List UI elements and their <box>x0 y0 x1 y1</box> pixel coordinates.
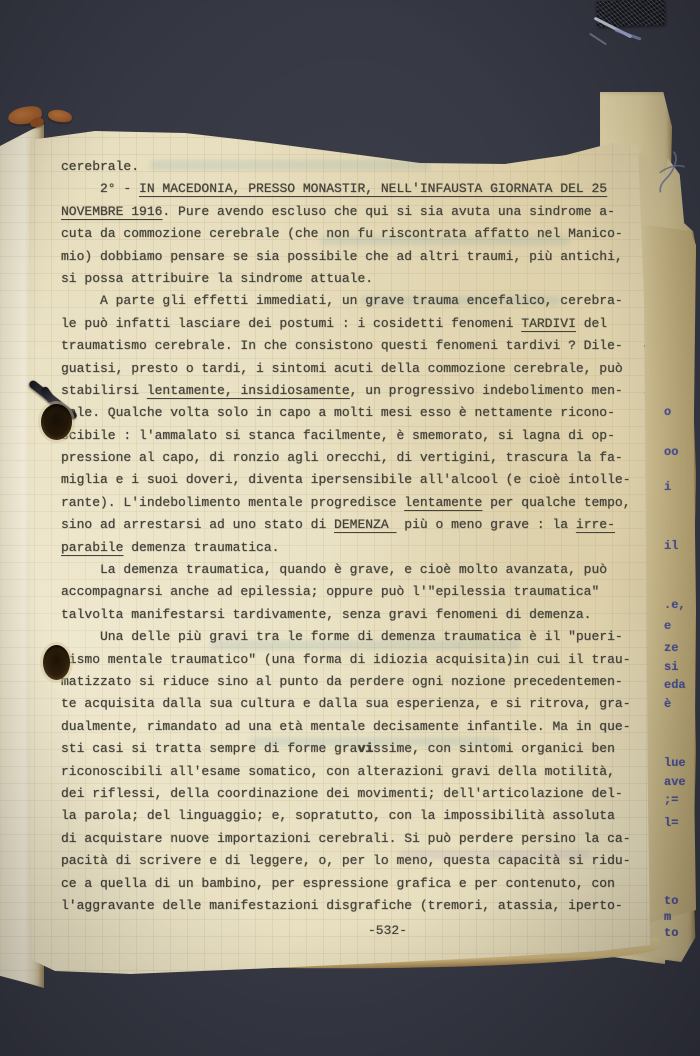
text-line: sti casi si tratta sempre di forme gravi… <box>61 738 661 760</box>
edge-fragment: l= <box>664 817 678 829</box>
text-line: miglia e i suoi doveri, diventa ipersens… <box>61 469 661 491</box>
text-line: di acquistare nuove importazioni cerebra… <box>61 828 661 850</box>
text-line: la parola; del linguaggio; e, sopratutto… <box>61 805 661 827</box>
sticker-glint <box>589 33 607 46</box>
text-line: riconoscibili all'esame somatico, con al… <box>61 761 661 783</box>
edge-fragment: i <box>664 481 671 493</box>
text-line: cuta da commozione cerebrale (che non fu… <box>61 223 661 245</box>
text-line: matizzato si riduce sino al punto da per… <box>61 671 661 693</box>
typed-text: cerebrale. 2° - IN MACEDONIA, PRESSO MON… <box>61 156 661 917</box>
text-line: talvolta manifestarsi tardivamente, senz… <box>61 604 661 626</box>
text-line: accompagnarsi anche ad epilessia; oppure… <box>61 581 661 603</box>
edge-fragment: oo <box>664 446 678 458</box>
page-number: -532- <box>368 920 407 942</box>
edge-fragment: e <box>664 620 671 632</box>
edge-fragment: ave <box>664 776 686 788</box>
text-line: te acquisita dalla sua cultura e dalla s… <box>61 693 661 715</box>
photo-backdrop: oooiil.e,ezesiedaèlueave;=l=tomto cerebr… <box>0 0 700 1056</box>
edge-fragment: ze <box>664 642 678 654</box>
text-line: NOVEMBRE 1916. Pure avendo escluso che q… <box>61 201 661 223</box>
edge-fragment: lue <box>664 757 686 769</box>
edge-fragment: .e, <box>664 599 686 611</box>
text-line: tale. Qualche volta solo in capo a molti… <box>61 402 661 424</box>
text-line: Una delle più gravi tra le forme di deme… <box>61 626 661 648</box>
text-line: ce a quella di un bambino, per espressio… <box>61 873 661 895</box>
edge-fragment: eda <box>664 679 686 691</box>
edge-fragment: m <box>664 911 671 923</box>
text-line: traumatismo cerebrale. In che consistono… <box>61 335 661 357</box>
edge-fragment: to <box>664 895 678 907</box>
text-line: A parte gli effetti immediati, un grave … <box>61 290 661 312</box>
sticker-glint <box>614 28 641 40</box>
text-line: parabile demenza traumatica. <box>61 537 661 559</box>
text-line: sino ad arrestarsi ad uno stato di DEMEN… <box>61 514 661 536</box>
text-line: pressione al capo, di ronzio agli orecch… <box>61 447 661 469</box>
text-line: guatisi, presto o tardi, i sintomi acuti… <box>61 358 661 380</box>
text-line: le può infatti lasciare dei postumi : i … <box>61 313 661 335</box>
binding-hole-bottom <box>43 645 70 680</box>
edge-fragment: il <box>664 540 678 552</box>
text-line: mio) dobbiamo pensare se sia possibile c… <box>61 246 661 268</box>
edge-fragment: to <box>664 927 678 939</box>
edge-fragment: o <box>664 406 671 418</box>
edge-fragment: è <box>664 698 671 710</box>
text-line: si possa attribuire la sindrome attuale. <box>61 268 661 290</box>
text-line: dualmente, rimandato ad una età mentale … <box>61 716 661 738</box>
text-line: lismo mentale traumatico" (una forma di … <box>61 649 661 671</box>
torn-paper <box>47 109 72 123</box>
text-line: dei riflessi, della coordinazione dei mo… <box>61 783 661 805</box>
text-line: 2° - IN MACEDONIA, PRESSO MONASTIR, NELL… <box>61 178 661 200</box>
handwritten-mark <box>653 146 690 202</box>
text-line: stabilirsi lentamente, insidiosamente, u… <box>61 380 661 402</box>
text-line: l'aggravante delle manifestazioni disgra… <box>61 895 661 917</box>
text-line: rante). L'indebolimento mentale progredi… <box>61 492 661 514</box>
text-line: pacità di scrivere e di leggere, o, per … <box>61 850 661 872</box>
text-line: cerebrale. <box>61 156 661 178</box>
document-page: cerebrale. 2° - IN MACEDONIA, PRESSO MON… <box>0 0 700 1056</box>
edge-fragment: si <box>664 661 678 673</box>
edge-fragment: ;= <box>664 794 678 806</box>
text-line: La demenza traumatica, quando è grave, e… <box>61 559 661 581</box>
binding-hole-top <box>41 404 72 440</box>
text-line: scibile : l'ammalato si stanca facilment… <box>61 425 661 447</box>
